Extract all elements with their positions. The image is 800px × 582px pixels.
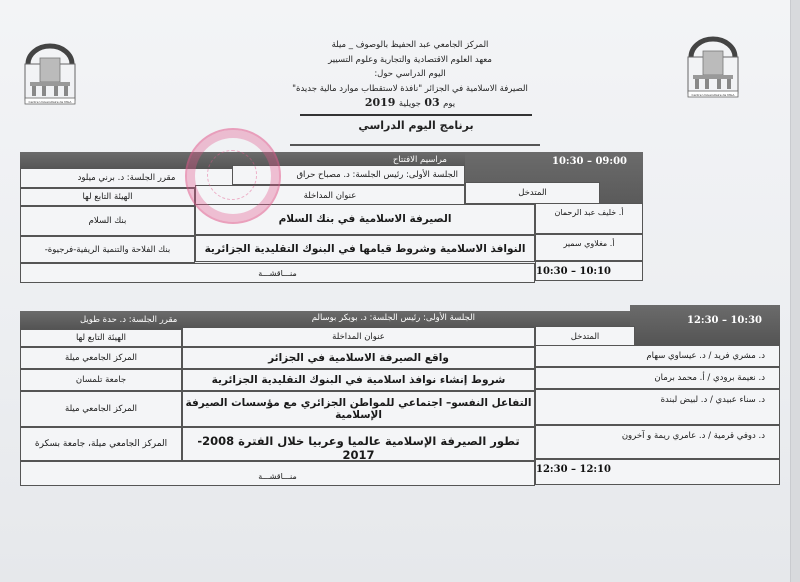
row1-topic: واقع الصيرفة الاسلامية في الجزائر xyxy=(182,347,535,369)
row1-topic: الصيرفة الاسلامية في بنك السلام xyxy=(195,204,535,235)
university-logo-left: Centre Universitaire de MILA xyxy=(20,42,80,106)
row1-speaker: د. مشري فريد / د. عيساوي سهام xyxy=(535,345,780,367)
page-edge xyxy=(790,0,800,582)
program-title: برنامج اليوم الدراسي xyxy=(300,119,532,132)
col-speaker-header: المتدخل xyxy=(465,182,600,204)
opening-ceremony-label: مراسيم الافتتاح xyxy=(393,155,447,165)
session-2-rapporteur: مقرر الجلسة: د. حدة طويل xyxy=(80,315,177,325)
event-date: يوم 03 جويلية 2019 xyxy=(280,96,540,112)
row1-institution: بنك السلام xyxy=(20,206,195,236)
session-1-time: 10:30 – 09:00 xyxy=(552,156,627,167)
discussion-time-cell: 12:30 – 12:10 xyxy=(535,459,780,485)
row4-institution: المركز الجامعي ميلة، جامعة بسكرة xyxy=(20,427,182,461)
col-institution-header: الهيئة التابع لها xyxy=(20,329,182,347)
row2-topic: شروط إنشاء نوافذ اسلامية في البنوك التقل… xyxy=(182,369,535,391)
col-topic-header: عنوان المداخلة xyxy=(195,185,465,206)
building-icon: Centre Universitaire de MILA xyxy=(683,35,743,99)
col-speaker-header: المتدخل xyxy=(535,326,635,347)
study-day-theme: الصيرفة الاسلامية في الجزائر "نافذة لاست… xyxy=(280,82,540,97)
row2-speaker: د. نعيمة برودي / أ. محمد برمان xyxy=(535,367,780,389)
row3-topic: التفاعل النفسو– اجتماعي للمواطن الجزائري… xyxy=(182,391,535,427)
discussion-time-cell: 10:30 – 10:10 xyxy=(535,261,643,281)
row1-institution: المركز الجامعي ميلة xyxy=(20,347,182,369)
institute-name: معهد العلوم الاقتصادية والتجارية وعلوم ا… xyxy=(280,53,540,68)
building-icon: Centre Universitaire de MILA xyxy=(20,42,80,106)
row2-topic: النوافذ الاسلامية وشروط قيامها في البنوك… xyxy=(195,235,535,262)
scanned-page: Centre Universitaire de MILA Centre Univ… xyxy=(0,0,790,582)
svg-text:Centre Universitaire de MILA: Centre Universitaire de MILA xyxy=(692,93,736,97)
row2-institution: بنك الفلاحة والتنمية الريفية-فرجيوة- xyxy=(20,236,195,263)
svg-text:Centre Universitaire de MILA: Centre Universitaire de MILA xyxy=(29,100,73,104)
row4-topic: تطور الصيرفة الإسلامية عالميا وعربيا خلا… xyxy=(182,427,535,461)
col-institution-header: الهيئة التابع لها xyxy=(20,188,195,206)
row2-speaker: أ. مغلاوي سمير xyxy=(535,234,643,261)
row1-speaker: أ. خليف عبد الرحمان xyxy=(535,203,643,234)
institution-name: المركز الجامعي عبد الحفيظ بالوصوف _ ميلة xyxy=(280,38,540,53)
row3-speaker: د. سناء عبيدي / د. لبيض لبندة xyxy=(535,389,780,425)
chair-cell: الجلسة الأولى: رئيس الجلسة: د. مصباح حرا… xyxy=(232,165,465,185)
session-2-chair: الجلسة الأولى: رئيس الجلسة: د. بوبكر بوس… xyxy=(312,313,475,323)
session-2-time: 12:30 – 10:30 xyxy=(687,315,762,326)
study-day-label: اليوم الدراسي حول: xyxy=(280,67,540,82)
col-topic-header: عنوان المداخلة xyxy=(182,327,535,347)
row2-institution: جامعة تلمسان xyxy=(20,369,182,391)
document-header: المركز الجامعي عبد الحفيظ بالوصوف _ ميلة… xyxy=(280,38,540,112)
row4-speaker: د. دوفي قرمية / د. عامري ريمة و آخرون xyxy=(535,425,780,459)
rapporteur-label: مقرر الجلسة: د. برني ميلود xyxy=(78,173,176,183)
chair-label: الجلسة الأولى: رئيس الجلسة: د. مصباح حرا… xyxy=(296,170,458,180)
row3-institution: المركز الجامعي ميلة xyxy=(20,391,182,427)
session-2-time-block: 12:30 – 10:30 xyxy=(630,305,780,345)
discussion-row: منـــاقشـــة xyxy=(20,461,535,486)
divider xyxy=(290,144,540,146)
divider xyxy=(300,114,532,116)
university-logo-right: Centre Universitaire de MILA xyxy=(683,35,743,99)
discussion-row: منـــاقشـــة xyxy=(20,263,535,283)
